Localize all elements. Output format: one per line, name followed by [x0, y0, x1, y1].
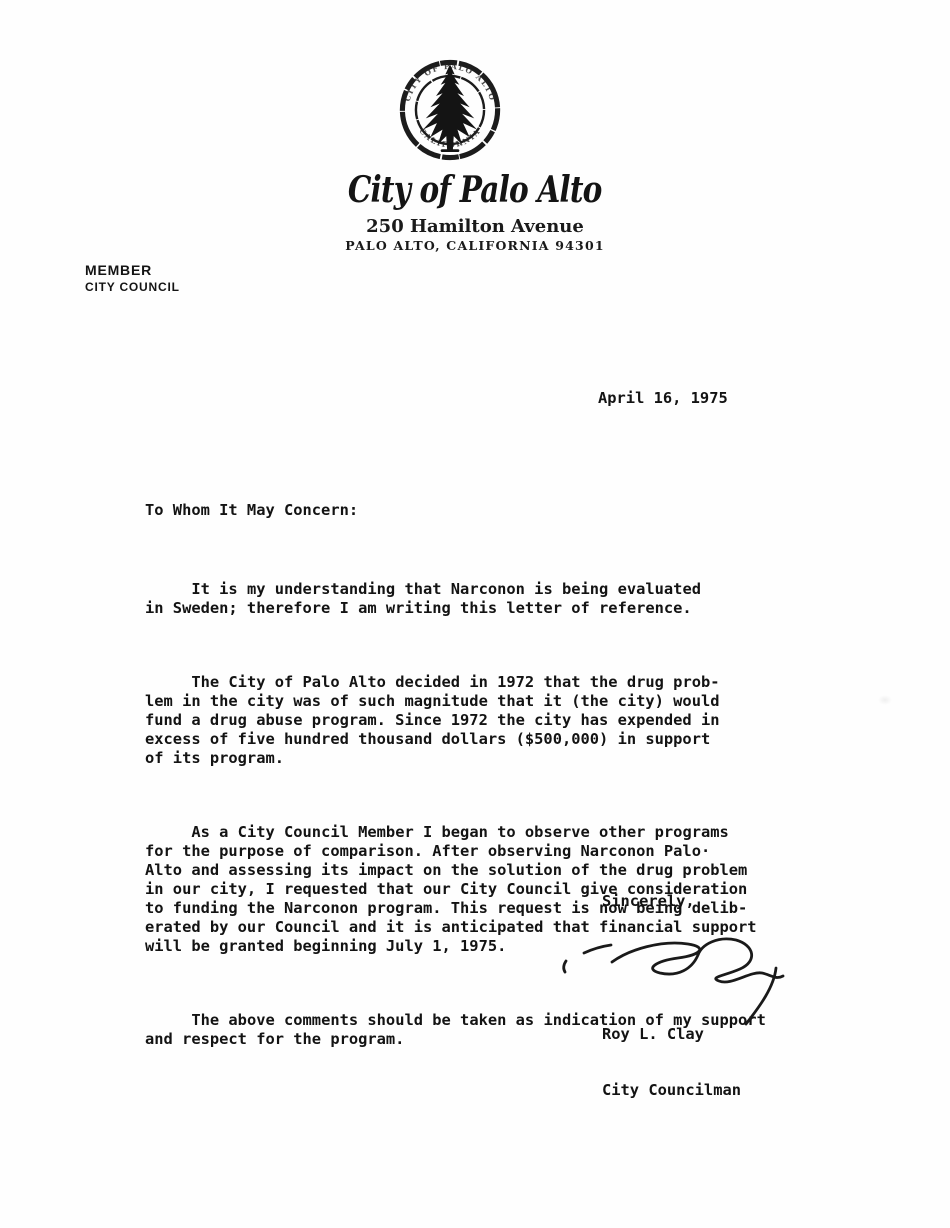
signer-title: City Councilman — [602, 1081, 741, 1100]
city-seal-tree-icon: CITY OF PALO ALTO CALIFORNIA — [393, 54, 507, 166]
scanned-letter-page: CITY OF PALO ALTO CALIFORNIA City of Pal… — [0, 0, 950, 1228]
address-line-1: 250 Hamilton Avenue — [0, 217, 950, 237]
member-label: MEMBER — [85, 261, 180, 279]
paragraph-2: The City of Palo Alto decided in 1972 th… — [145, 673, 825, 768]
paragraph-1: It is my understanding that Narconon is … — [145, 580, 825, 618]
date-line: April 16, 1975 — [598, 389, 728, 408]
city-council-label: CITY COUNCIL — [85, 279, 180, 295]
scan-smudge — [878, 695, 892, 705]
member-block: MEMBER CITY COUNCIL — [85, 261, 180, 295]
org-wordmark: City of Palo Alto — [0, 170, 950, 210]
valediction: Sincerely, — [602, 892, 695, 911]
org-name-text: City of Palo Alto — [348, 170, 602, 210]
signature-block: Roy L. Clay City Councilman — [602, 988, 741, 1136]
salutation: To Whom It May Concern: — [145, 501, 825, 520]
signer-name: Roy L. Clay — [602, 1025, 741, 1044]
address-line-2: PALO ALTO, CALIFORNIA 94301 — [0, 239, 950, 253]
